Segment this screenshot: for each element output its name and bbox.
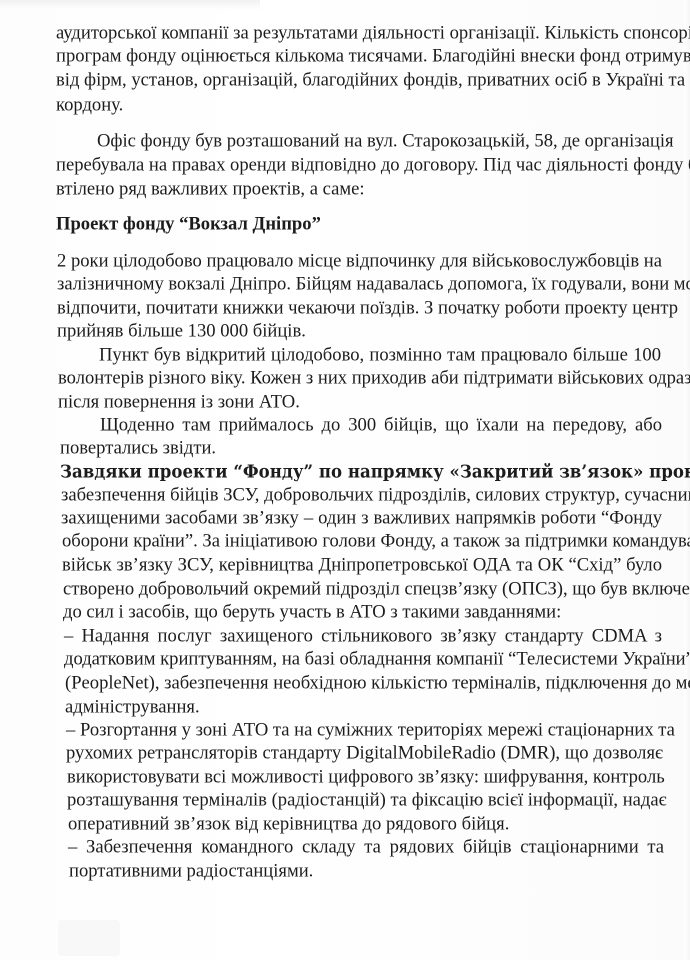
text-line: створено добровольчий окремий підрозділ … bbox=[63, 578, 662, 601]
text-line: додатковим криптуванням, на базі обладна… bbox=[64, 648, 662, 671]
text-line: – Надання послуг захищеного стільниковог… bbox=[64, 625, 662, 648]
text-line: – Забезпечення командного складу та рядо… bbox=[68, 836, 664, 859]
text-line: повертались звідти. bbox=[60, 437, 216, 460]
text-line: втілено ряд важливих проектів, а саме: bbox=[56, 178, 365, 201]
text-line: аудиторської компанії за результатами ді… bbox=[56, 22, 660, 45]
text-line: кордону. bbox=[56, 94, 123, 117]
text-line: використовувати всі можливості цифрового… bbox=[67, 766, 657, 789]
text-line: 2 роки цілодобово працювало місце відпоч… bbox=[57, 250, 661, 273]
text-line: портативними радіостанціями. bbox=[69, 860, 313, 883]
text-line: від фірм, установ, організацій, благодій… bbox=[56, 69, 660, 92]
text-line: до сил і засобів, що беруть участь в АТО… bbox=[63, 601, 561, 624]
text-line: Щоденно там приймалось до 300 бійців, що… bbox=[100, 414, 662, 437]
text-line: рухомих ретрансляторів стандарту Digital… bbox=[66, 742, 663, 765]
text-line: оборони країни”. За ініціативою голови Ф… bbox=[62, 530, 662, 553]
bold-lead-line: Завдяки проекти “Фонду” по напрямку «Зак… bbox=[60, 460, 662, 483]
text-line: відпочити, почитати книжки чекаючи поїзд… bbox=[57, 297, 661, 320]
text-line: захищеними засобами зв’язку – один з важ… bbox=[61, 507, 662, 530]
text-line: волонтерів різного віку. Кожен з них при… bbox=[58, 367, 661, 390]
text-line: – Розгортання у зоні АТО та на суміжних … bbox=[66, 719, 663, 742]
text-line: (PeopleNet), забезпечення необхідною кіл… bbox=[65, 672, 662, 695]
text-line: прийняв більше 130 000 бійців. bbox=[57, 320, 306, 343]
text-line: Офіс фонду був розташований на вул. Стар… bbox=[97, 130, 660, 153]
text-line: адміністрування. bbox=[65, 696, 200, 719]
text-line: оперативний зв’язок від керівництва до р… bbox=[68, 813, 509, 836]
text-line: програм фонду оцінюється кількома тисяча… bbox=[56, 45, 660, 68]
scanned-document-page: аудиторської компанії за результатами ді… bbox=[0, 0, 690, 960]
scan-shadow bbox=[0, 0, 260, 10]
text-line: Пункт був відкритий цілодобово, позмінно… bbox=[99, 344, 661, 367]
text-line: військ зв’язку ЗСУ, керівництва Дніпропе… bbox=[62, 554, 662, 577]
text-line: забезпечення бійців ЗСУ, добровольчих пі… bbox=[61, 484, 662, 507]
scan-smudge bbox=[58, 920, 120, 956]
section-heading-vokzal-dnipro: Проект фонду “Вокзал Дніпро” bbox=[56, 213, 321, 236]
text-line: розташування терміналів (радіостанцій) т… bbox=[67, 789, 663, 812]
text-line: перебувала на правах оренди відповідно д… bbox=[56, 154, 660, 177]
text-line: залізничному вокзалі Дніпро. Бійцям нада… bbox=[57, 273, 661, 296]
text-line: після повернення із зони АТО. bbox=[58, 391, 300, 414]
